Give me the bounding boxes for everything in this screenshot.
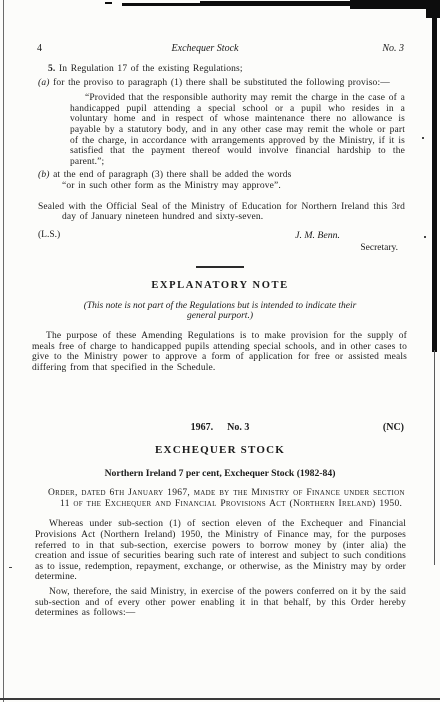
whereas-paragraph: Whereas under sub-section (1) of section… (35, 519, 406, 583)
nc-mark: (NC) (383, 422, 404, 433)
signature-title: Secretary. (360, 243, 398, 253)
scan-artifact (105, 2, 112, 4)
explanatory-note-heading: EXPLANATORY NOTE (0, 280, 440, 291)
order-caption: Order, dated 6th January 1967, made by t… (48, 488, 405, 509)
sealed-paragraph: Sealed with the Official Seal of the Min… (38, 202, 405, 223)
section-divider (196, 266, 244, 268)
seal-mark: (L.S.) (38, 230, 60, 240)
clause-5-text: In Regulation 17 of the existing Regulat… (59, 64, 243, 74)
clause-5: 5. In Regulation 17 of the existing Regu… (48, 64, 405, 75)
item-b-text: at the end of paragraph (3) there shall … (53, 170, 291, 180)
signature-block: (L.S.) J. M. Benn. Secretary. (0, 230, 440, 260)
docket-number: No. 3 (227, 422, 249, 433)
page-edge (0, 698, 440, 700)
stock-title: EXCHEQUER STOCK (0, 444, 440, 456)
signature-name: J. M. Benn. (295, 230, 340, 241)
docket-line: 1967.No. 3 (NC) (0, 422, 440, 434)
item-a-text: for the proviso to paragraph (1) there s… (53, 78, 390, 88)
running-title: Exchequer Stock (0, 43, 410, 54)
issue-number: No. 3 (382, 43, 404, 54)
item-a-label: (a) (38, 78, 50, 88)
docket-year: 1967. (191, 422, 214, 433)
explanatory-note-caption: (This note is not part of the Regulation… (70, 301, 370, 322)
enacting-paragraph: Now, therefore, the said Ministry, in ex… (35, 587, 406, 619)
clause-item-b: (b) at the end of paragraph (3) there sh… (38, 170, 405, 181)
stock-subtitle: Northern Ireland 7 per cent, Exchequer S… (0, 468, 440, 479)
proviso-quote: “Provided that the responsible authority… (70, 93, 405, 167)
scanned-document-page: 4 Exchequer Stock No. 3 5. In Regulation… (0, 0, 440, 702)
page-header: 4 Exchequer Stock No. 3 (0, 43, 440, 55)
explanatory-note-body: The purpose of these Amending Regulation… (32, 331, 407, 373)
item-b-label: (b) (38, 170, 50, 180)
clause-5-number: 5. (48, 64, 55, 74)
clause-item-a: (a) for the proviso to paragraph (1) the… (38, 78, 405, 89)
item-b-quote: “or in such other form as the Ministry m… (62, 181, 405, 192)
